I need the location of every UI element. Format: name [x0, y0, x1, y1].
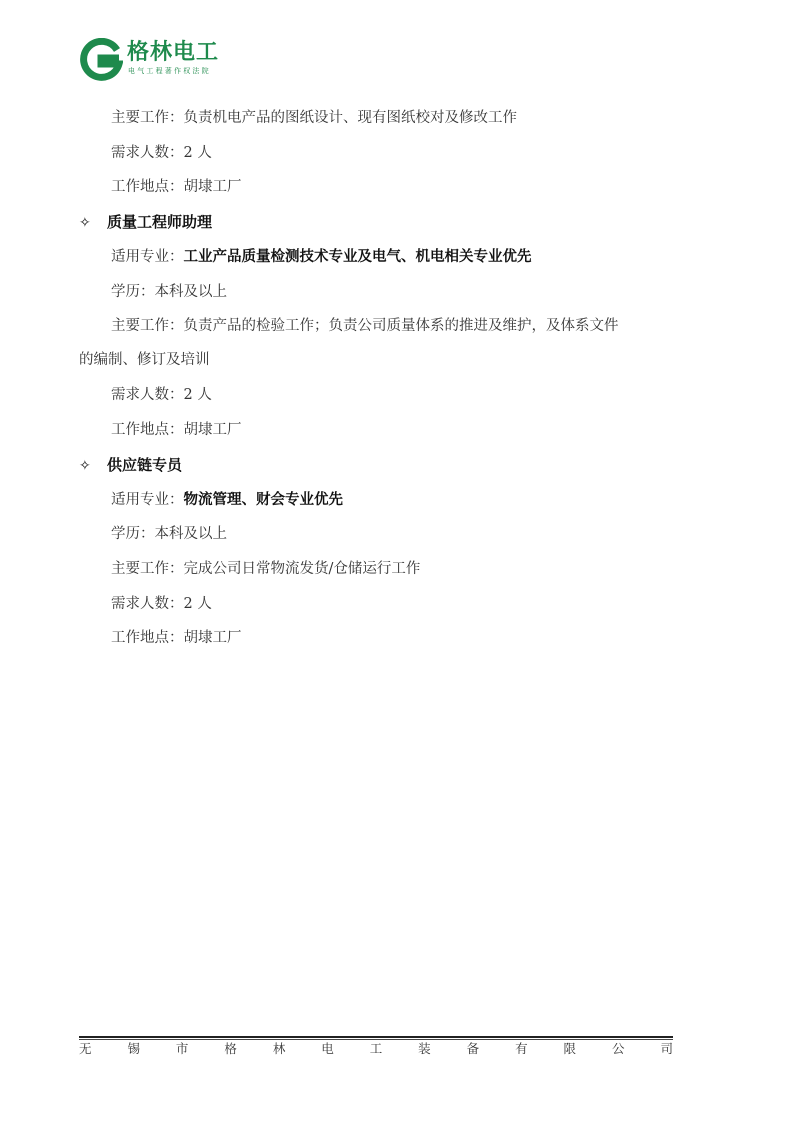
footer-char: 限 [564, 1041, 577, 1057]
footer-char: 装 [418, 1041, 431, 1057]
position-heading: ✧质量工程师助理 [79, 212, 212, 233]
footer-char: 格 [224, 1041, 237, 1057]
major-line: 适用专业：物流管理、财会专业优先 [111, 490, 343, 510]
headcount-text: 需求人数：2 人 [111, 594, 212, 614]
main-work-text-cont: 的编制、修订及培训 [79, 350, 210, 370]
footer-char: 无 [79, 1041, 92, 1057]
headcount-text: 需求人数：2 人 [111, 385, 212, 405]
footer-char: 有 [515, 1041, 528, 1057]
major-value: 工业产品质量检测技术专业及电气、机电相关专业优先 [184, 249, 532, 265]
main-work-text: 主要工作：完成公司日常物流发货/仓储运行工作 [111, 559, 420, 579]
logo-tagline: 电气工程著作权法院 [128, 67, 211, 76]
position-title: 质量工程师助理 [107, 213, 212, 231]
education-text: 学历：本科及以上 [111, 524, 227, 544]
footer-char: 电 [321, 1041, 334, 1057]
position-title: 供应链专员 [107, 456, 182, 474]
footer-rule-thick [79, 1036, 673, 1038]
footer-company-name: 无 锡 市 格 林 电 工 装 备 有 限 公 司 [79, 1041, 673, 1057]
education-text: 学历：本科及以上 [111, 282, 227, 302]
major-label: 适用专业： [111, 249, 184, 265]
footer-rule-thin [79, 1039, 673, 1040]
footer-char: 司 [660, 1041, 673, 1057]
diamond-star-icon: ✧ [79, 456, 107, 476]
footer-char: 备 [467, 1041, 480, 1057]
footer-char: 市 [176, 1041, 189, 1057]
footer-char: 工 [370, 1041, 383, 1057]
footer-char: 公 [612, 1041, 625, 1057]
major-line: 适用专业：工业产品质量检测技术专业及电气、机电相关专业优先 [111, 247, 532, 267]
main-work-text: 主要工作：负责机电产品的图纸设计、现有图纸校对及修改工作 [111, 108, 517, 128]
company-logo: 格林电工 电气工程著作权法院 [79, 38, 219, 82]
position-heading: ✧供应链专员 [79, 455, 182, 476]
footer-char: 锡 [127, 1041, 140, 1057]
footer-char: 林 [273, 1041, 286, 1057]
major-label: 适用专业： [111, 492, 184, 508]
location-text: 工作地点：胡埭工厂 [111, 628, 242, 648]
major-value: 物流管理、财会专业优先 [184, 492, 344, 508]
diamond-star-icon: ✧ [79, 213, 107, 233]
logo-g-icon [79, 38, 123, 82]
location-text: 工作地点：胡埭工厂 [111, 420, 242, 440]
main-work-text: 主要工作：负责产品的检验工作；负责公司质量体系的推进及维护，及体系文件 [111, 316, 619, 336]
logo-company-name: 格林电工 [127, 40, 219, 66]
location-text: 工作地点：胡埭工厂 [111, 177, 242, 197]
headcount-text: 需求人数：2 人 [111, 143, 212, 163]
